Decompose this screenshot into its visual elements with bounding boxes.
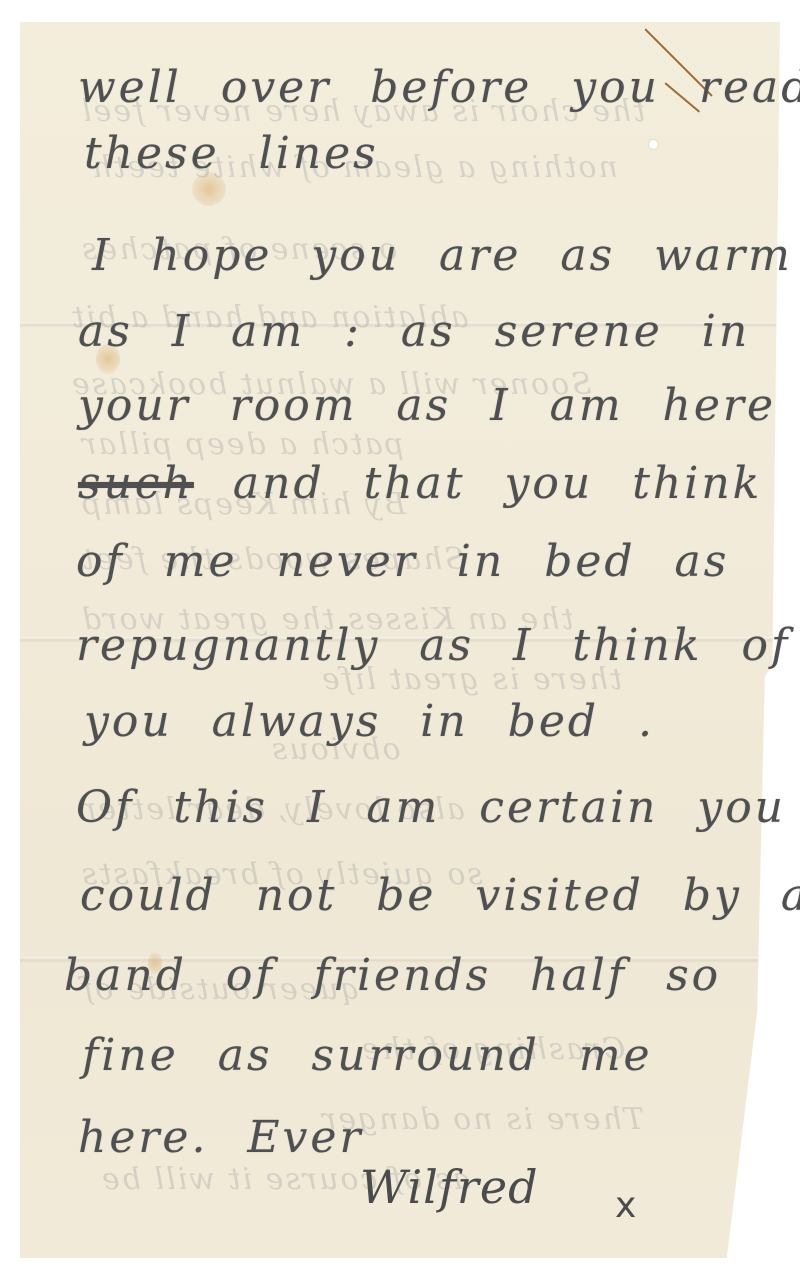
letter-line: I hope you are as warm xyxy=(92,230,793,281)
letter-line: fine as surround me xyxy=(82,1030,653,1081)
struck-word: such xyxy=(78,458,194,509)
letter-line: as I am : as serene in xyxy=(78,306,750,357)
letter-line: band of friends half so xyxy=(64,950,721,1001)
show-through-text: There is no danger xyxy=(320,1102,644,1137)
pin-hole xyxy=(649,140,658,149)
letter-line: here. Ever xyxy=(78,1112,363,1163)
letter-line: Of this I am certain you xyxy=(76,782,786,833)
letter-line: your room as I am here ; xyxy=(78,380,800,431)
letter-line: you always in bed . xyxy=(84,696,655,747)
letter-line: of me never in bed as xyxy=(76,536,729,587)
letter-line-text: and that you think xyxy=(233,458,762,509)
letter-line: could not be visited by a xyxy=(80,870,800,921)
letter-line: well over before you read xyxy=(78,62,800,113)
letter-line: repugnantly as I think of xyxy=(76,620,790,671)
signature: Wilfred xyxy=(360,1160,539,1214)
letter-line-with-strike: such and that you think xyxy=(78,458,762,509)
letter-line: these lines xyxy=(84,128,379,179)
kiss-mark: x xyxy=(615,1185,636,1226)
show-through-text: patch a deep pillar xyxy=(80,427,404,462)
